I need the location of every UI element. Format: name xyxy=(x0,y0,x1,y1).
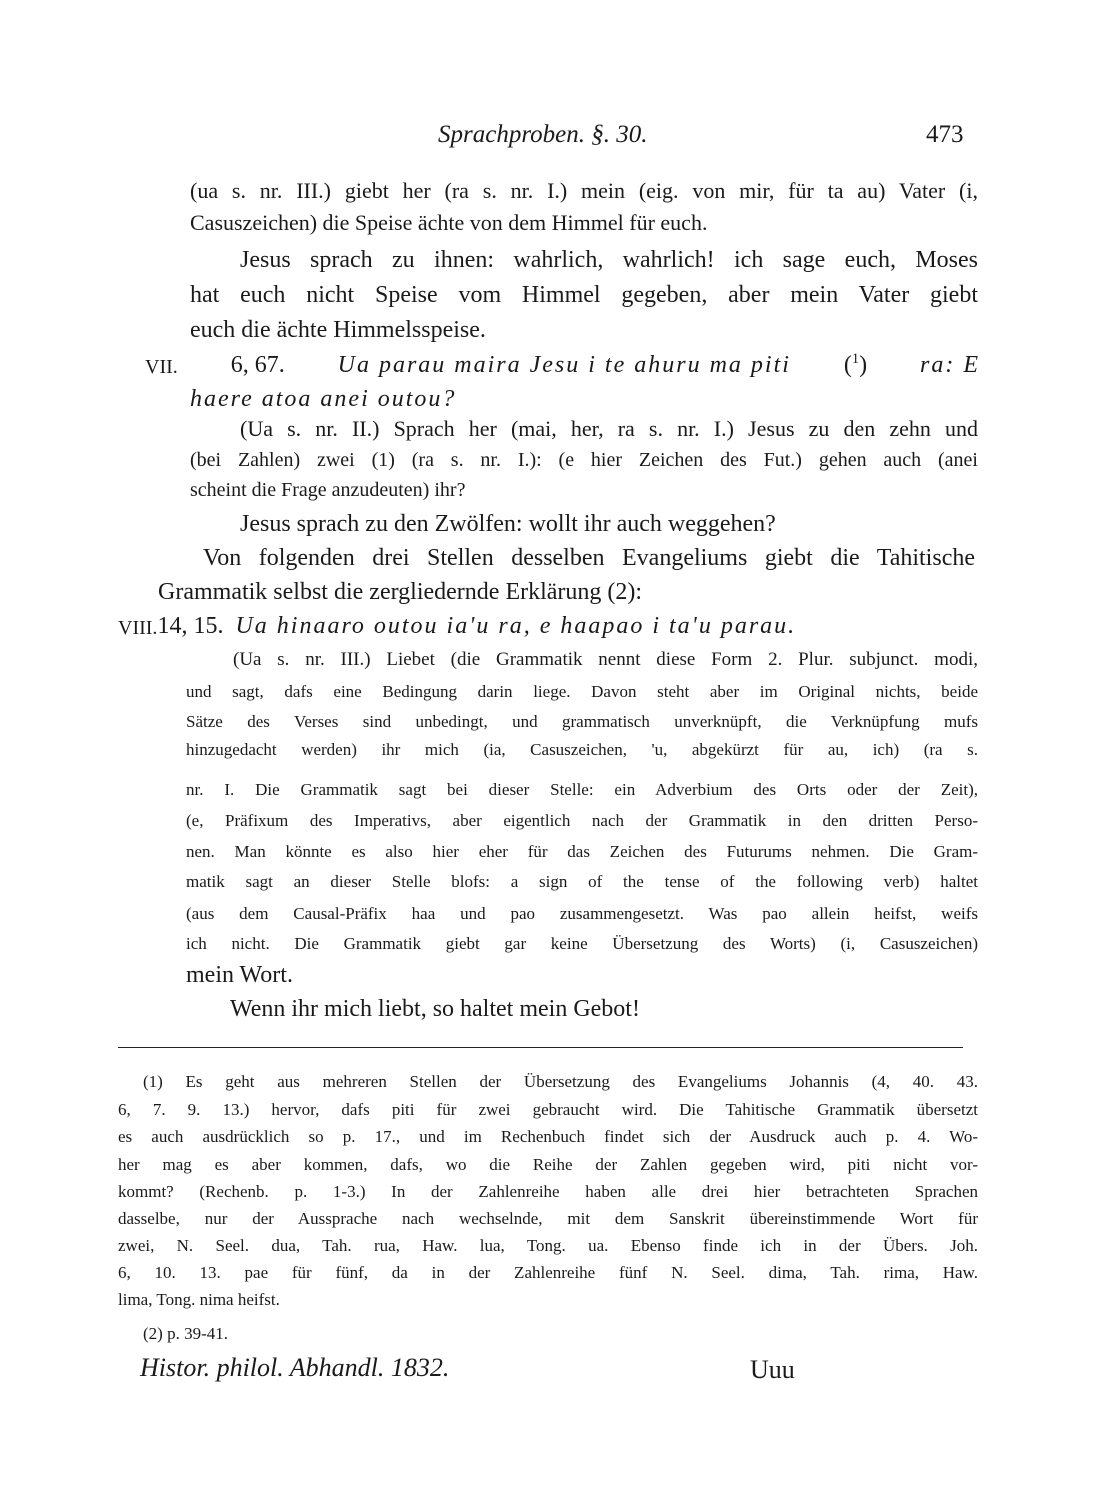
gloss-line: (bei Zahlen) zwei (1) (ra s. nr. I.): (e… xyxy=(190,450,978,470)
book-page: Sprachproben. §. 30. 473 (ua s. nr. III.… xyxy=(0,0,1100,1502)
verse-numeral: VII. xyxy=(145,357,178,377)
tahitian-text: ra: E xyxy=(920,353,980,377)
gloss-line: scheint die Frage anzudeuten) ihr? xyxy=(190,480,465,500)
gloss-line: nen. Man könnte es also hier eher für da… xyxy=(186,843,978,860)
footnote-line: zwei, N. Seel. dua, Tah. rua, Haw. lua, … xyxy=(118,1237,978,1254)
gloss-line: mein Wort. xyxy=(186,963,293,987)
translation-line: hat euch nicht Speise vom Himmel gegeben… xyxy=(190,283,978,307)
gloss-line: (e, Präfixum des Imperativs, aber eigent… xyxy=(186,812,978,829)
footnote-line: lima, Tong. nima heifst. xyxy=(118,1291,280,1308)
footnote-line: es auch ausdrücklich so p. 17., und im R… xyxy=(118,1128,978,1145)
gloss-line: nr. I. Die Grammatik sagt bei dieser Ste… xyxy=(186,781,978,798)
translation-line: Wenn ihr mich liebt, so haltet mein Gebo… xyxy=(230,997,640,1021)
footnote-line: dasselbe, nur der Aussprache nach wechse… xyxy=(118,1210,978,1227)
signature-mark: Uuu xyxy=(750,1357,795,1383)
gloss-line: (aus dem Causal-Präfix haa und pao zusam… xyxy=(186,905,978,922)
verse-vii-header: VII. 6, 67. Ua parau maira Jesu i te ahu… xyxy=(145,353,980,377)
footnote-line: her mag es aber kommen, dafs, wo die Rei… xyxy=(118,1156,978,1173)
gloss-line: Casuszeichen) die Speise ächte von dem H… xyxy=(190,212,707,234)
footnote-ref[interactable]: (1) xyxy=(844,353,867,377)
gloss-line: matik sagt an dieser Stelle blofs: a sig… xyxy=(186,873,978,890)
translation-line: Jesus sprach zu ihnen: wahrlich, wahrlic… xyxy=(240,248,978,272)
gloss-line: (Ua s. nr. III.) Liebet (die Grammatik n… xyxy=(233,650,978,669)
gloss-line: ich nicht. Die Grammatik giebt gar keine… xyxy=(186,935,978,952)
footnote-line: (1) Es geht aus mehreren Stellen der Übe… xyxy=(143,1073,978,1090)
page-number: 473 xyxy=(926,122,964,147)
footnote-line: 6, 7. 9. 13.) hervor, dafs piti für zwei… xyxy=(118,1101,978,1118)
gloss-line: und sagt, dafs eine Bedingung darin lieg… xyxy=(186,683,978,700)
tahitian-text: Ua hinaaro outou ia'u ra, e haapao i ta'… xyxy=(235,614,944,638)
gloss-line: hinzugedacht werden) ihr mich (ia, Casus… xyxy=(186,741,978,758)
running-title: Sprachproben. §. 30. xyxy=(438,122,647,147)
tahitian-text: Ua parau maira Jesu i te ahuru ma piti xyxy=(338,353,791,377)
intro-line: Grammatik selbst die zergliedernde Erklä… xyxy=(158,580,642,604)
footnote-line: (2) p. 39-41. xyxy=(143,1325,228,1342)
gloss-line: (ua s. nr. III.) giebt her (ra s. nr. I.… xyxy=(190,180,978,202)
verse-reference: 6, 67. xyxy=(231,353,285,377)
footnote-line: kommt? (Rechenb. p. 1-3.) In der Zahlenr… xyxy=(118,1183,978,1200)
translation-line: euch die ächte Himmelsspeise. xyxy=(190,318,486,342)
translation-line: Jesus sprach zu den Zwölfen: wollt ihr a… xyxy=(240,512,776,536)
footnote-line: 6, 10. 13. pae für fünf, da in der Zahle… xyxy=(118,1264,978,1281)
verse-viii-header: VIII. 14, 15. Ua hinaaro outou ia'u ra, … xyxy=(118,614,944,638)
gloss-line: Sätze des Verses sind unbedingt, und gra… xyxy=(186,713,978,730)
imprint: Histor. philol. Abhandl. 1832. xyxy=(140,1355,449,1381)
footnote-divider xyxy=(118,1047,963,1048)
tahitian-text: haere atoa anei outou? xyxy=(190,387,456,411)
intro-line: Von folgenden drei Stellen desselben Eva… xyxy=(203,546,975,570)
verse-numeral: VIII. xyxy=(118,618,157,638)
gloss-line: (Ua s. nr. II.) Sprach her (mai, her, ra… xyxy=(240,418,978,440)
verse-reference: 14, 15. xyxy=(157,614,223,638)
